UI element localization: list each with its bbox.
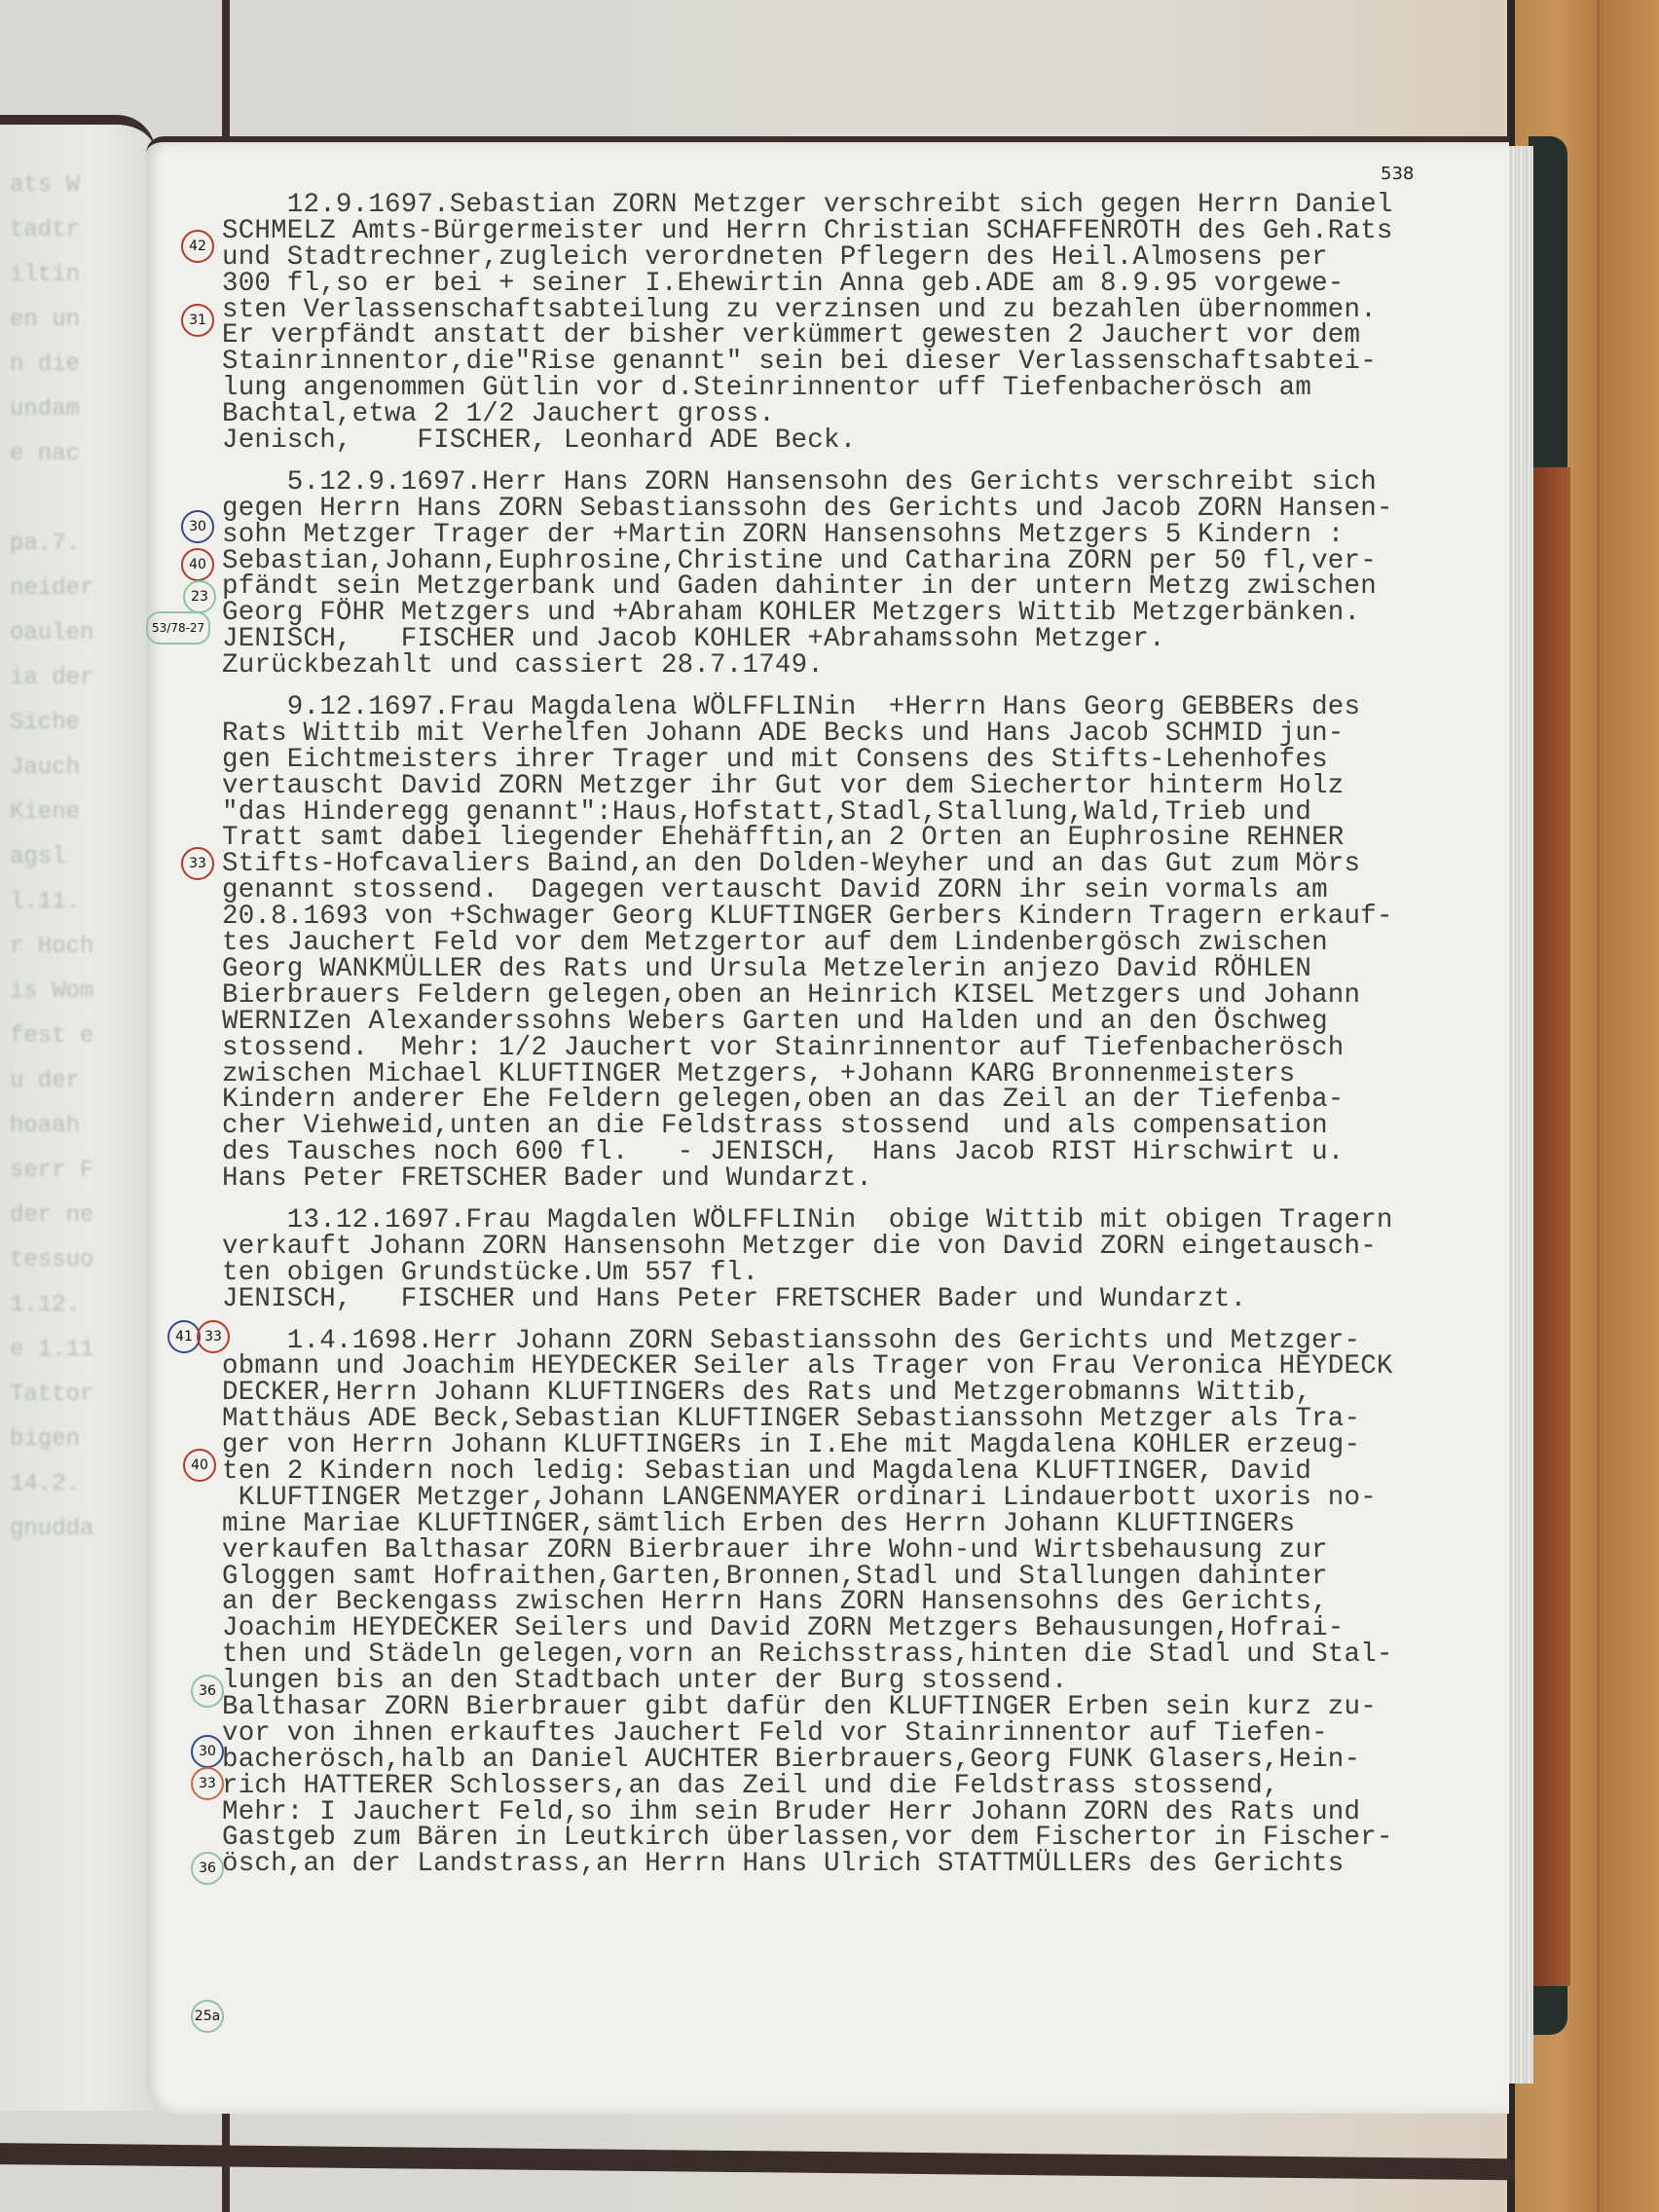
margin-note-circle: 33 [191,1767,224,1800]
text-line: Er verpfändt anstatt der bisher verkümme… [222,323,1488,350]
text-line: 1.4.1698.Herr Johann ZORN Sebastianssohn… [222,1329,1488,1355]
left-page: ats W tadtr iltin en un n die undam e na… [0,115,156,2111]
text-line: ger von Herrn Johann KLUFTINGERs in I.Eh… [222,1433,1488,1459]
margin-note-circle: 23 [183,580,216,613]
text-line: zwischen Michael KLUFTINGER Metzgers, +J… [222,1062,1488,1088]
text-line: SCHMELZ Amts-Bürgermeister und Herrn Chr… [222,219,1488,245]
text-line: Kindern anderer Ehe Feldern gelegen,oben… [222,1088,1488,1114]
text-line: rich HATTERER Schlossers,an das Zeil und… [222,1774,1488,1800]
margin-note-circle: 30 [181,510,214,543]
text-line: verkauft Johann ZORN Hansensohn Metzger … [222,1235,1488,1261]
margin-note-circle: 33 [181,847,214,880]
text-line: ten obigen Grundstücke.Um 557 fl. [222,1261,1488,1287]
text-line: 12.9.1697.Sebastian ZORN Metzger verschr… [222,193,1488,219]
text-line: 13.12.1697.Frau Magdalen WÖLFFLINin obig… [222,1208,1488,1235]
record-entry: 1.4.1698.Herr Johann ZORN Sebastianssohn… [222,1329,1488,1879]
text-line: WERNIZen Alexanderssohns Webers Garten u… [222,1010,1488,1036]
page-number: 538 [1381,164,1414,184]
margin-note-circle: 36 [191,1852,224,1885]
typewritten-text-block: 12.9.1697.Sebastian ZORN Metzger verschr… [222,193,1488,1894]
margin-note-circle: 25a [191,2000,224,2033]
text-line: Georg WANKMÜLLER des Rats und Ursula Met… [222,957,1488,983]
text-line: Rats Wittib mit Verhelfen Johann ADE Bec… [222,721,1488,748]
text-line: Hans Peter FRETSCHER Bader und Wundarzt. [222,1166,1488,1193]
book-cover-red-spine [1533,467,1570,1986]
text-line: Gloggen samt Hofraithen,Garten,Bronnen,S… [222,1565,1488,1591]
text-line: "das Hinderegg genannt":Haus,Hofstatt,St… [222,800,1488,827]
text-line: ten 2 Kindern noch ledig: Sebastian und … [222,1459,1488,1486]
text-line: 20.8.1693 von +Schwager Georg KLUFTINGER… [222,904,1488,931]
text-line: bacherösch,halb an Daniel AUCHTER Bierbr… [222,1748,1488,1774]
record-entry: 12.9.1697.Sebastian ZORN Metzger verschr… [222,193,1488,455]
margin-note-circle: 53/78-27 [146,611,210,645]
text-line: gegen Herrn Hans ZORN Sebastianssohn des… [222,497,1488,523]
text-line: DECKER,Herrn Johann KLUFTINGERs des Rats… [222,1381,1488,1407]
text-line: des Tausches noch 600 fl. - JENISCH, Han… [222,1140,1488,1166]
text-line: Stainrinnentor,die"Rise genannt" sein be… [222,350,1488,376]
margin-note-circle: 41 [167,1320,201,1353]
text-line: lungen bis an den Stadtbach unter der Bu… [222,1669,1488,1695]
record-entry: 13.12.1697.Frau Magdalen WÖLFFLINin obig… [222,1208,1488,1313]
margin-note-circle: 40 [181,548,214,581]
margin-note-circle: 36 [191,1675,224,1708]
text-line: Mehr: I Jauchert Feld,so ihm sein Bruder… [222,1800,1488,1826]
text-line: sten Verlassenschaftsabteilung zu verzin… [222,298,1488,324]
margin-note-circle: 30 [191,1735,224,1768]
text-line: mine Mariae KLUFTINGER,sämtlich Erben de… [222,1512,1488,1538]
record-entry: 5.12.9.1697.Herr Hans ZORN Hansensohn de… [222,470,1488,680]
text-line: JENISCH, FISCHER und Jacob KOHLER +Abrah… [222,627,1488,653]
margin-note-circle: 31 [181,304,214,337]
text-line: obmann und Joachim HEYDECKER Seiler als … [222,1354,1488,1381]
text-line: Bierbrauers Feldern gelegen,oben an Hein… [222,983,1488,1010]
margin-note-circle: 42 [181,230,214,263]
text-line: sohn Metzger Trager der +Martin ZORN Han… [222,523,1488,549]
text-line: cher Viehweid,unten an die Feldstrass st… [222,1114,1488,1140]
text-line: und Stadtrechner,zugleich verordneten Pf… [222,245,1488,272]
text-line: JENISCH, FISCHER und Hans Peter FRETSCHE… [222,1287,1488,1313]
text-line: Stifts-Hofcavaliers Baind,an den Dolden-… [222,852,1488,878]
record-entry: 9.12.1697.Frau Magdalena WÖLFFLINin +Her… [222,695,1488,1193]
wood-grain [1597,0,1600,2212]
text-line: Joachim HEYDECKER Seilers und David ZORN… [222,1616,1488,1642]
text-line: lung angenommen Gütlin vor d.Steinrinnen… [222,376,1488,402]
text-line: 9.12.1697.Frau Magdalena WÖLFFLINin +Her… [222,695,1488,721]
text-line: an der Beckengass zwischen Herrn Hans ZO… [222,1590,1488,1616]
text-line: Sebastian,Johann,Euphrosine,Christine un… [222,549,1488,575]
text-line: stossend. Mehr: 1/2 Jauchert vor Stainri… [222,1036,1488,1062]
text-line: gen Eichtmeisters ihrer Trager und mit C… [222,748,1488,774]
text-line: Balthasar ZORN Bierbrauer gibt dafür den… [222,1695,1488,1721]
text-line: Jenisch, FISCHER, Leonhard ADE Beck. [222,428,1488,455]
text-line: then und Städeln gelegen,vorn an Reichss… [222,1642,1488,1669]
text-line: Georg FÖHR Metzgers und +Abraham KOHLER … [222,601,1488,627]
text-line: tes Jauchert Feld vor dem Metzgertor auf… [222,931,1488,957]
text-line: Matthäus ADE Beck,Sebastian KLUFTINGER S… [222,1407,1488,1433]
text-line: verkaufen Balthasar ZORN Bierbrauer ihre… [222,1538,1488,1565]
text-line: vor von ihnen erkauftes Jauchert Feld vo… [222,1721,1488,1748]
text-line: vertauscht David ZORN Metzger ihr Gut vo… [222,774,1488,800]
text-line: 300 fl,so er bei + seiner I.Ehewirtin An… [222,272,1488,298]
text-line: Bachtal,etwa 2 1/2 Jauchert gross. [222,402,1488,428]
text-line: KLUFTINGER Metzger,Johann LANGENMAYER or… [222,1486,1488,1512]
text-line: genannt stossend. Dagegen vertauscht Dav… [222,878,1488,904]
text-line: ösch,an der Landstrass,an Herrn Hans Ulr… [222,1852,1488,1878]
margin-note-circle: 40 [183,1449,216,1482]
text-line: 5.12.9.1697.Herr Hans ZORN Hansensohn de… [222,470,1488,497]
left-page-bleed-text: ats W tadtr iltin en un n die undam e na… [10,164,136,2013]
text-line: Tratt samt dabei liegender Ehehäfftin,an… [222,826,1488,852]
text-line: Zurückbezahlt und cassiert 28.7.1749. [222,653,1488,680]
